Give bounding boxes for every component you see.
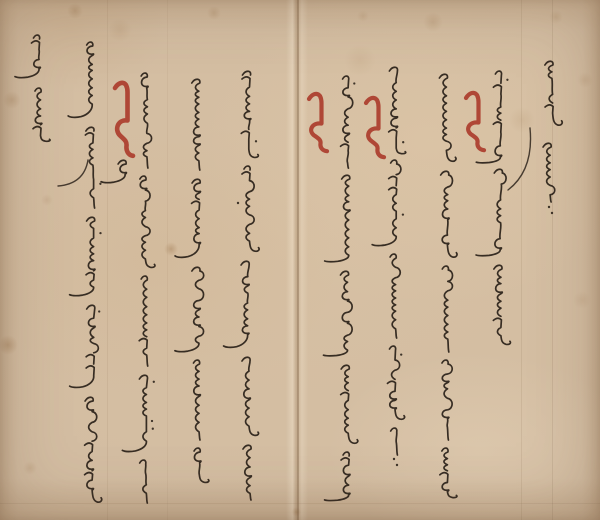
- manuscript-photo: [0, 0, 600, 520]
- edge-vignette: [0, 0, 600, 520]
